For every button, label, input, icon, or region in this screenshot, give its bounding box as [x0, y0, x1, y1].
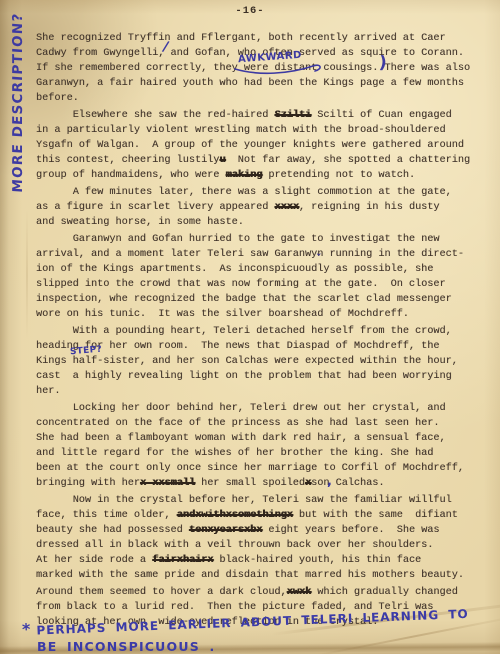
awkward-underline-stroke	[233, 62, 329, 78]
typed-text: son Calchas.	[311, 478, 384, 489]
paper-crease-left	[26, 210, 28, 340]
margin-note-handwriting: MORE DESCRIPTION?	[10, 12, 26, 193]
typed-text: Garanwyn and Gofan hurried to the gate t…	[36, 234, 464, 320]
manuscript-page: -16- She recognized Tryffin and Fflergan…	[0, 0, 500, 654]
typed-body: She recognized Tryffin and Fflergant, bo…	[36, 31, 488, 632]
page-number: -16-	[0, 5, 500, 17]
struck-text: fairxhairx	[152, 555, 213, 566]
struck-text: andxwithxsomethingx	[177, 510, 293, 521]
struck-text: making	[226, 170, 263, 181]
footer-asterisk-mark: *	[22, 620, 32, 639]
paragraph: A few minutes later, there was a slight …	[36, 185, 488, 230]
struck-text: xwxk	[287, 587, 311, 598]
inserted-paren-handwriting: )	[378, 53, 387, 73]
struck-text: xxxx	[274, 202, 298, 213]
typed-text: pretending not to watch.	[262, 170, 415, 181]
typed-text: With a pounding heart, Teleri detached h…	[36, 326, 458, 397]
footer-note-line2: BE INCONSPICUOUS .	[37, 639, 215, 654]
caret-mark-handwriting: ˇ	[316, 252, 322, 265]
paragraph: With a pounding heart, Teleri detached h…	[36, 324, 488, 399]
paragraph: Locking her door behind her, Teleri drew…	[36, 401, 488, 491]
typed-text: Locking her door behind her, Teleri drew…	[36, 403, 464, 489]
struck-text: tenxyearsxbx	[189, 525, 262, 536]
paragraph: Elsewhere she saw the red-haired Szilti …	[36, 108, 488, 183]
typed-text: Around them seemed to hover a dark cloud…	[36, 587, 287, 598]
inserted-comma-handwriting: ,	[327, 474, 332, 489]
typed-text: Elsewhere she saw the red-haired	[36, 110, 274, 121]
paragraph: Garanwyn and Gofan hurried to the gate t…	[36, 232, 488, 322]
paragraph: Now in the crystal before her, Teleri sa…	[36, 493, 488, 583]
struck-text: x xxsmall	[140, 478, 195, 489]
struck-text: Szilti	[274, 110, 311, 121]
typed-text: her small spoiled	[195, 478, 305, 489]
